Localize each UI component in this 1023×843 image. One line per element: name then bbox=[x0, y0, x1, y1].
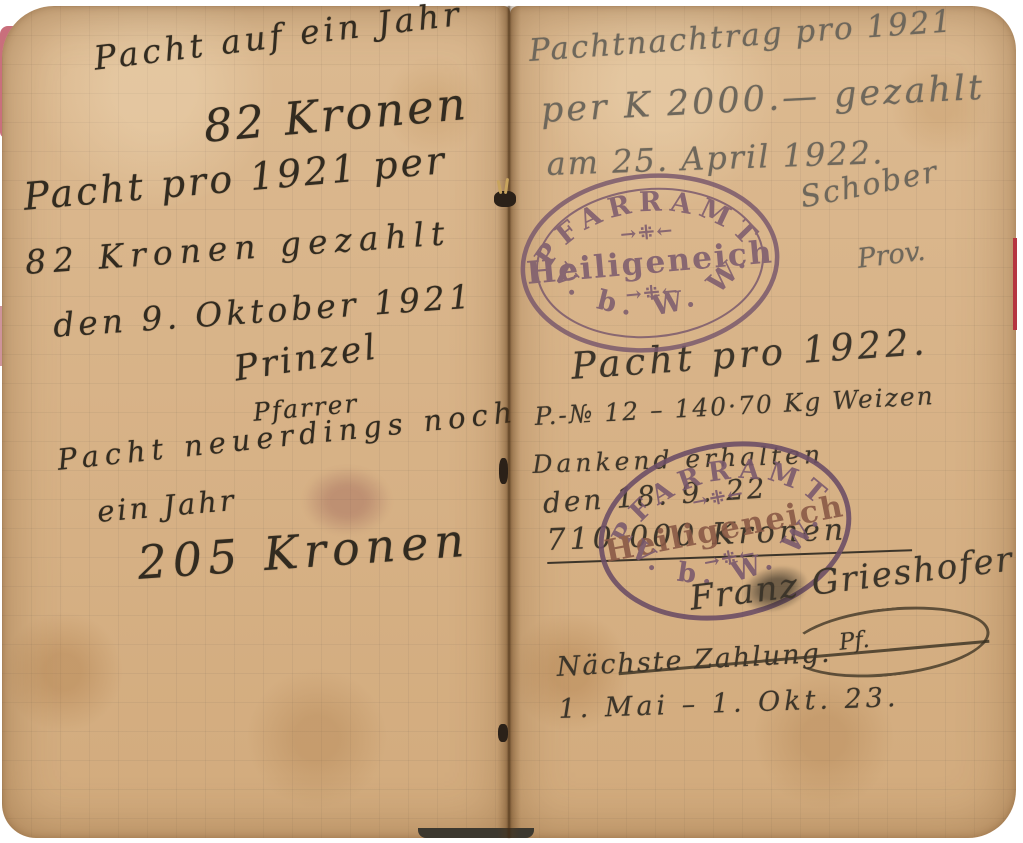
stitch-hole bbox=[498, 724, 508, 742]
signature-abbrev: Pf. bbox=[838, 629, 871, 655]
stamp-ornament: →⁜← bbox=[619, 219, 675, 247]
fold-crease bbox=[508, 6, 510, 838]
notebook-scan: Pacht auf ein Jahr 82 Kronen Pacht pro 1… bbox=[0, 6, 1023, 838]
stitch-hole bbox=[499, 458, 508, 484]
pfarramt-stamp: PFARRAMT →⁜← Heiligeneich →⁜← V. b. W. W… bbox=[507, 160, 794, 365]
cover-edge-red bbox=[1013, 238, 1017, 330]
signature-title: Prov. bbox=[856, 238, 927, 273]
